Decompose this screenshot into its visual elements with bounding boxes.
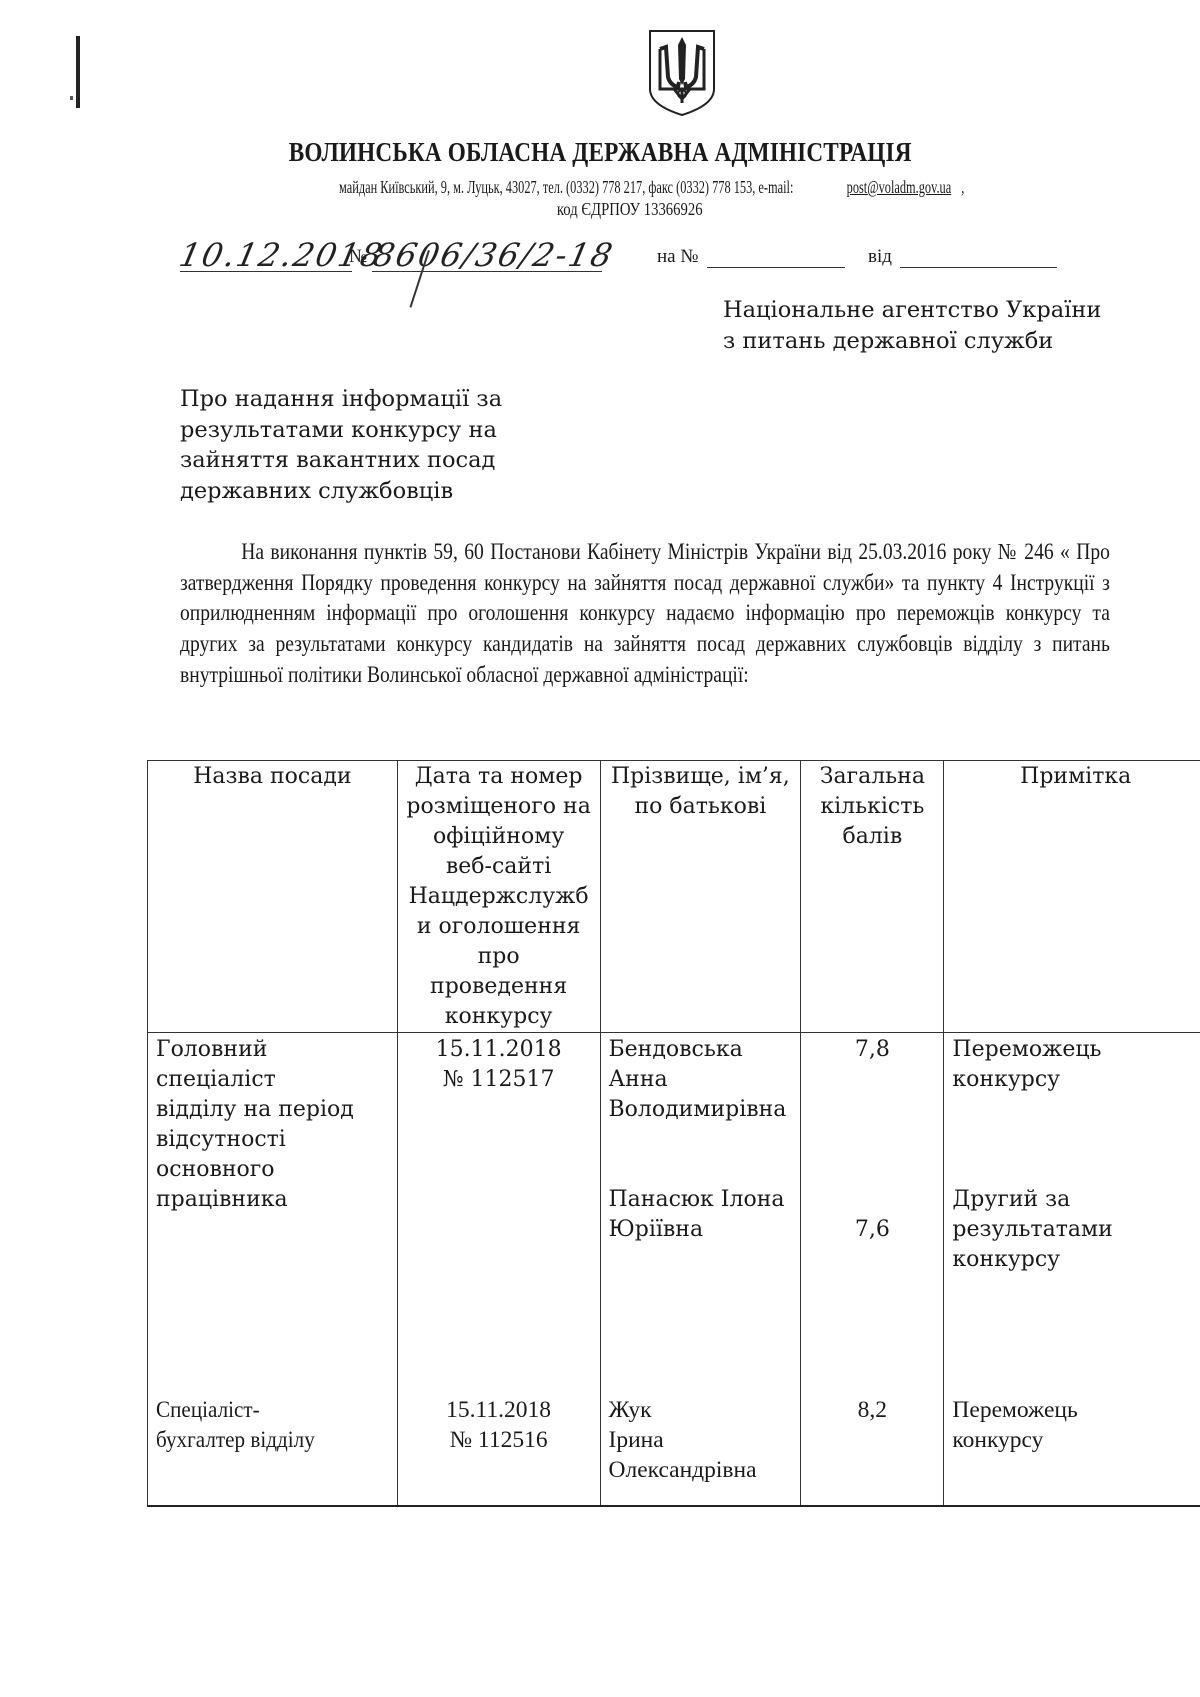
body-text: На виконання пунктів 59, 60 Постанови Ка…	[180, 537, 1110, 691]
cell-scores: 7,8 7,6	[801, 1033, 944, 1396]
cell-position: Спеціаліст- бухгалтер відділу	[148, 1395, 398, 1506]
scan-margin-mark	[76, 36, 80, 108]
cell-announcement: 15.11.2018 № 112517	[397, 1033, 600, 1396]
table-row: Спеціаліст- бухгалтер відділу 15.11.2018…	[148, 1395, 1200, 1506]
subject-line: державних службовців	[180, 476, 502, 507]
header-position: Назва посади	[148, 761, 398, 1033]
email-link[interactable]: post@voladm.gov.ua	[846, 177, 951, 198]
cell-candidates: Жук Ірина Олександрівна	[600, 1395, 801, 1506]
results-table: Назва посади Дата та номер розміщеного н…	[147, 760, 1200, 1507]
recipient-line: Національне агентство України	[723, 295, 1101, 326]
recipient-line: з питань державної служби	[723, 326, 1101, 357]
organization-name: ВОЛИНСЬКА ОБЛАСНА ДЕРЖАВНА АДМІНІСТРАЦІЯ	[289, 137, 912, 168]
outgoing-number-handwritten: 8606/36/2-18	[370, 236, 618, 274]
table-header-row: Назва посади Дата та номер розміщеного н…	[148, 761, 1200, 1033]
reference-number-label: на №	[657, 246, 698, 268]
number-underline	[372, 271, 602, 272]
recipient-block: Національне агентство України з питань д…	[723, 295, 1101, 357]
reference-date-field	[900, 267, 1057, 268]
cell-position: Головний спеціаліст відділу на період ві…	[148, 1033, 398, 1396]
trident-emblem-icon	[646, 27, 718, 117]
address-suffix: ,	[961, 177, 964, 198]
organization-title: ВОЛИНСЬКА ОБЛАСНА ДЕРЖАВНА АДМІНІСТРАЦІЯ	[0, 137, 1200, 168]
reference-date-label: від	[868, 246, 892, 268]
subject-line: Про надання інформації за	[180, 384, 502, 415]
scan-margin-tick	[70, 96, 73, 100]
subject-line: зайняття вакантних посад	[180, 445, 502, 476]
edrpou-code: код ЄДРПОУ 13366926	[0, 199, 1200, 220]
subject-line: результатами конкурсу на	[180, 415, 502, 446]
cell-notes: Переможець конкурсу	[944, 1395, 1200, 1506]
body-paragraph: На виконання пунктів 59, 60 Постанови Ка…	[180, 537, 1110, 691]
number-sign: №	[349, 246, 367, 268]
header-score: Загальна кількість балів	[801, 761, 944, 1033]
reference-number-field	[707, 267, 845, 268]
header-full-name: Прізвище, ім’я, по батькові	[600, 761, 801, 1033]
cell-scores: 8,2	[801, 1395, 944, 1506]
cell-announcement: 15.11.2018 № 112516	[397, 1395, 600, 1506]
cell-notes: Переможець конкурсу Другий за результата…	[944, 1033, 1200, 1396]
date-underline	[180, 271, 352, 272]
table-row: Головний спеціаліст відділу на період ві…	[148, 1033, 1200, 1396]
header-note: Примітка	[944, 761, 1200, 1033]
letter-subject: Про надання інформації за результатами к…	[180, 384, 502, 506]
cell-candidates: Бендовська Анна Володимирівна Панасюк Іл…	[600, 1033, 801, 1396]
edrpou-text: код ЄДРПОУ 13366926	[557, 199, 703, 220]
address-text: майдан Київський, 9, м. Луцьк, 43027, те…	[339, 177, 793, 198]
organization-address: майдан Київський, 9, м. Луцьк, 43027, те…	[0, 177, 1200, 198]
header-announcement: Дата та номер розміщеного на офіційному …	[397, 761, 600, 1033]
